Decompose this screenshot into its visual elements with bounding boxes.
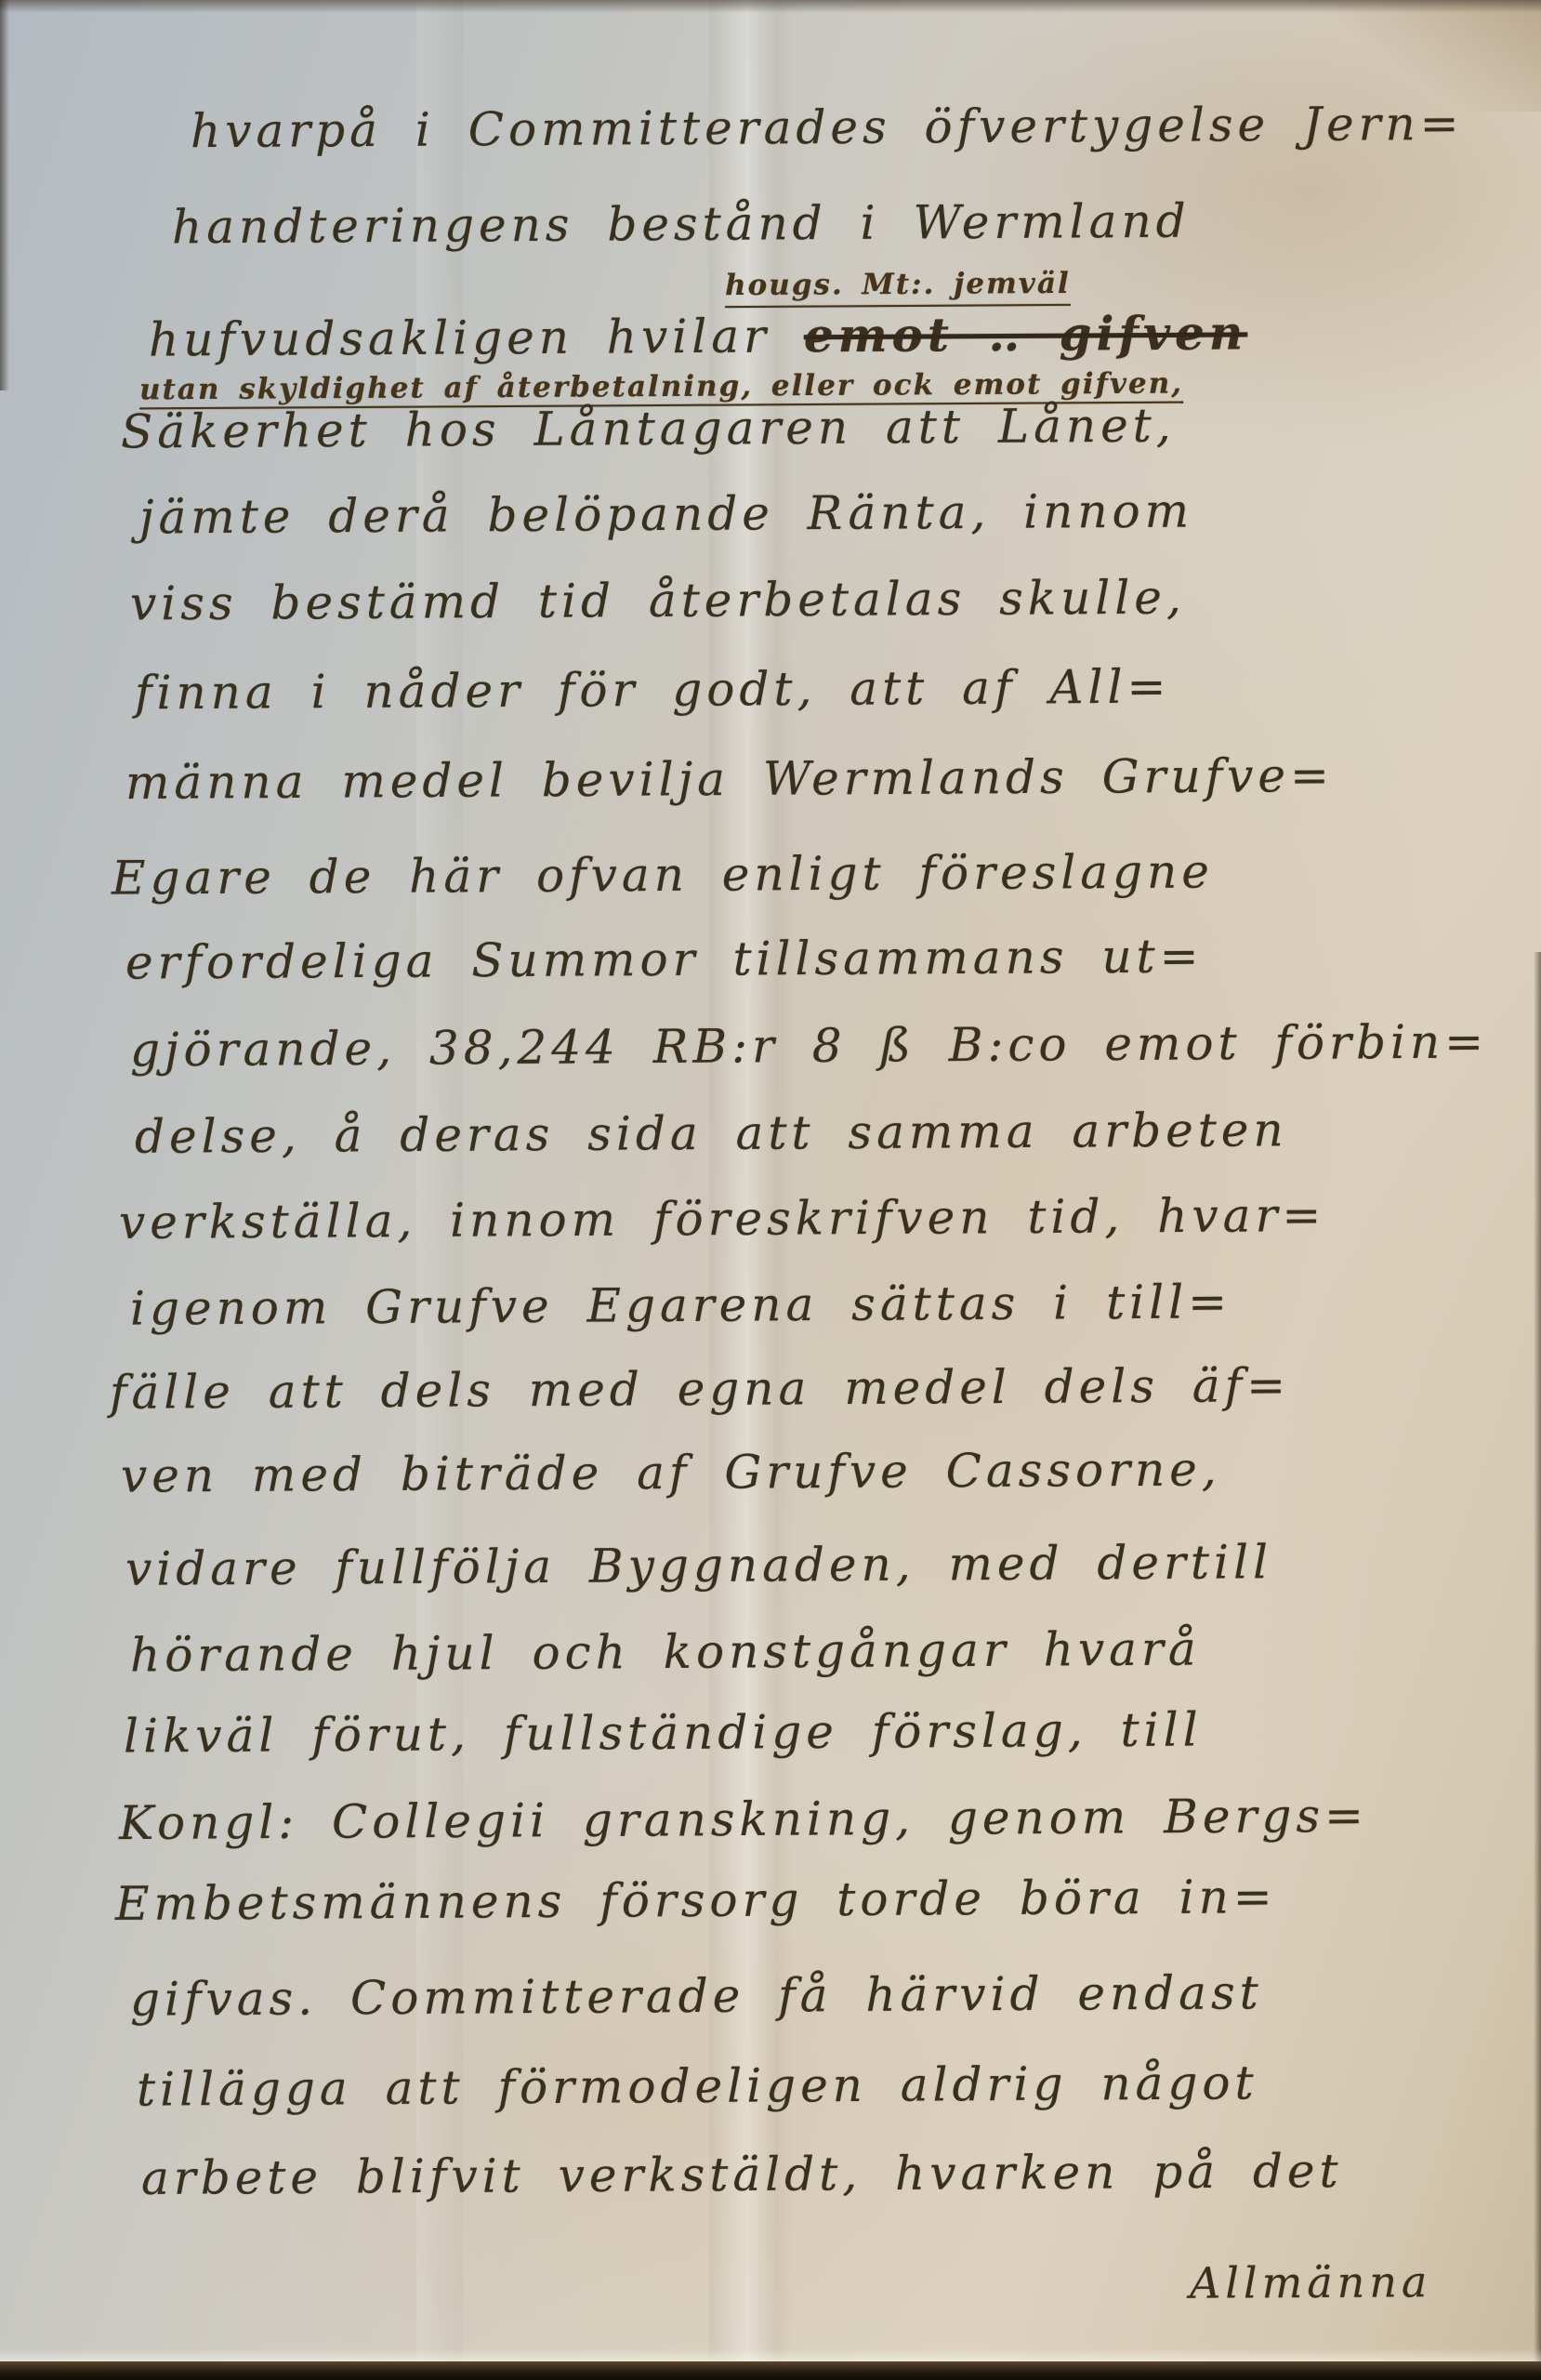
manuscript-line-2: handteringens bestånd i Wermland xyxy=(172,194,1191,255)
text-segment: viss bestämd tid återbetalas skulle, xyxy=(130,571,1186,631)
text-segment: finna i nåder för godt, att af All= xyxy=(135,660,1171,721)
manuscript-line-1: hvarpå i Committerades öfvertygelse Jern… xyxy=(191,97,1464,158)
struck-text: emot ‥ gifven xyxy=(804,305,1248,363)
manuscript-line-23: gifvas. Committerade få härvid endast xyxy=(130,1965,1263,2026)
photo-edge-right xyxy=(1534,952,1541,2380)
manuscript-line-14: verkställa, innom föreskrifven tid, hvar… xyxy=(119,1188,1326,1249)
text-segment: Egare de här ofvan enligt föreslagne xyxy=(112,844,1214,905)
manuscript-line-12: gjörande, 38,244 RB:r 8 ß B:co emot förb… xyxy=(130,1015,1488,1078)
manuscript-line-25: arbete blifvit verkstäldt, hvarken på de… xyxy=(141,2144,1343,2205)
text-segment: delse, å deras sida att samma arbeten xyxy=(135,1103,1288,1164)
text-segment: gjörande, 38,244 RB:r 8 ß B:co emot förb… xyxy=(130,1015,1488,1078)
text-segment: gifvas. Committerade få härvid endast xyxy=(130,1965,1263,2026)
manuscript-line-3: hufvudsakligen hvilar emot ‥ gifven xyxy=(149,305,1248,366)
text-segment: vidare fullfölja Byggnaden, med dertill xyxy=(125,1535,1272,1596)
manuscript-line-15: igenom Grufve Egarena sättas i till= xyxy=(130,1275,1231,1335)
manuscript-line-17: ven med biträde af Grufve Cassorne, xyxy=(121,1442,1221,1502)
manuscript-line-6: jämte derå belöpande Ränta, innom xyxy=(139,484,1193,545)
text-segment: fälle att dels med egna medel dels äf= xyxy=(110,1358,1290,1420)
text-segment: männa medel bevilja Wermlands Grufve= xyxy=(125,748,1334,810)
text-segment: Embetsmännens försorg torde böra in= xyxy=(115,1870,1277,1931)
manuscript-line-16: fälle att dels med egna medel dels äf= xyxy=(110,1358,1290,1420)
text-segment: Säkerhet hos Låntagaren att Lånet, xyxy=(121,399,1176,459)
text-segment: hougs. Mt:. jemväl xyxy=(725,267,1071,302)
text-segment: verkställa, innom föreskrifven tid, hvar… xyxy=(119,1188,1326,1249)
manuscript-line-22: Embetsmännens försorg torde böra in= xyxy=(115,1870,1277,1931)
photo-edge-left xyxy=(0,0,9,390)
manuscript-line-19: hörande hjul och konstgångar hvarå xyxy=(130,1621,1201,1682)
manuscript-line-18: vidare fullfölja Byggnaden, med dertill xyxy=(125,1535,1272,1596)
paper-corner-shadow xyxy=(1299,0,1541,112)
manuscript-line-5: Säkerhet hos Låntagaren att Lånet, xyxy=(121,399,1176,459)
text-segment: ven med biträde af Grufve Cassorne, xyxy=(121,1442,1221,1502)
text-segment: likväl förut, fullständige förslag, till xyxy=(124,1702,1203,1763)
manuscript-page: hvarpå i Committerades öfvertygelse Jern… xyxy=(0,0,1541,2380)
manuscript-line-10: Egare de här ofvan enligt föreslagne xyxy=(112,844,1214,905)
photo-edge-top xyxy=(0,0,1541,13)
manuscript-line-8: finna i nåder för godt, att af All= xyxy=(135,660,1171,721)
photo-edge-bottom xyxy=(0,2361,1541,2380)
manuscript-line-7: viss bestämd tid återbetalas skulle, xyxy=(130,571,1186,631)
manuscript-line-13: delse, å deras sida att samma arbeten xyxy=(135,1103,1288,1164)
text-segment: handteringens bestånd i Wermland xyxy=(172,194,1191,255)
manuscript-line-24: tillägga att förmodeligen aldrig något xyxy=(137,2056,1258,2116)
text-segment: Kongl: Collegii granskning, genom Bergs= xyxy=(119,1789,1368,1850)
text-segment: igenom Grufve Egarena sättas i till= xyxy=(130,1275,1231,1335)
text-segment: Allmänna xyxy=(1190,2256,1432,2308)
manuscript-line-11: erfordeliga Summor tillsammans ut= xyxy=(125,929,1204,989)
text-segment: hörande hjul och konstgångar hvarå xyxy=(130,1621,1201,1682)
catchword: Allmänna xyxy=(1190,2256,1432,2308)
manuscript-line-20: likväl förut, fullständige förslag, till xyxy=(124,1702,1203,1763)
manuscript-line-21: Kongl: Collegii granskning, genom Bergs= xyxy=(119,1789,1368,1850)
text-segment: erfordeliga Summor tillsammans ut= xyxy=(125,929,1204,989)
manuscript-line-9: männa medel bevilja Wermlands Grufve= xyxy=(125,748,1334,810)
text-segment: arbete blifvit verkstäldt, hvarken på de… xyxy=(141,2144,1343,2205)
text-segment: jämte derå belöpande Ränta, innom xyxy=(139,484,1193,545)
text-segment: tillägga att förmodeligen aldrig något xyxy=(137,2056,1258,2116)
text-segment: hvarpå i Committerades öfvertygelse Jern… xyxy=(191,97,1464,158)
text-segment: hufvudsakligen hvilar xyxy=(149,309,804,366)
interlinear-note: hougs. Mt:. jemväl xyxy=(725,267,1071,302)
